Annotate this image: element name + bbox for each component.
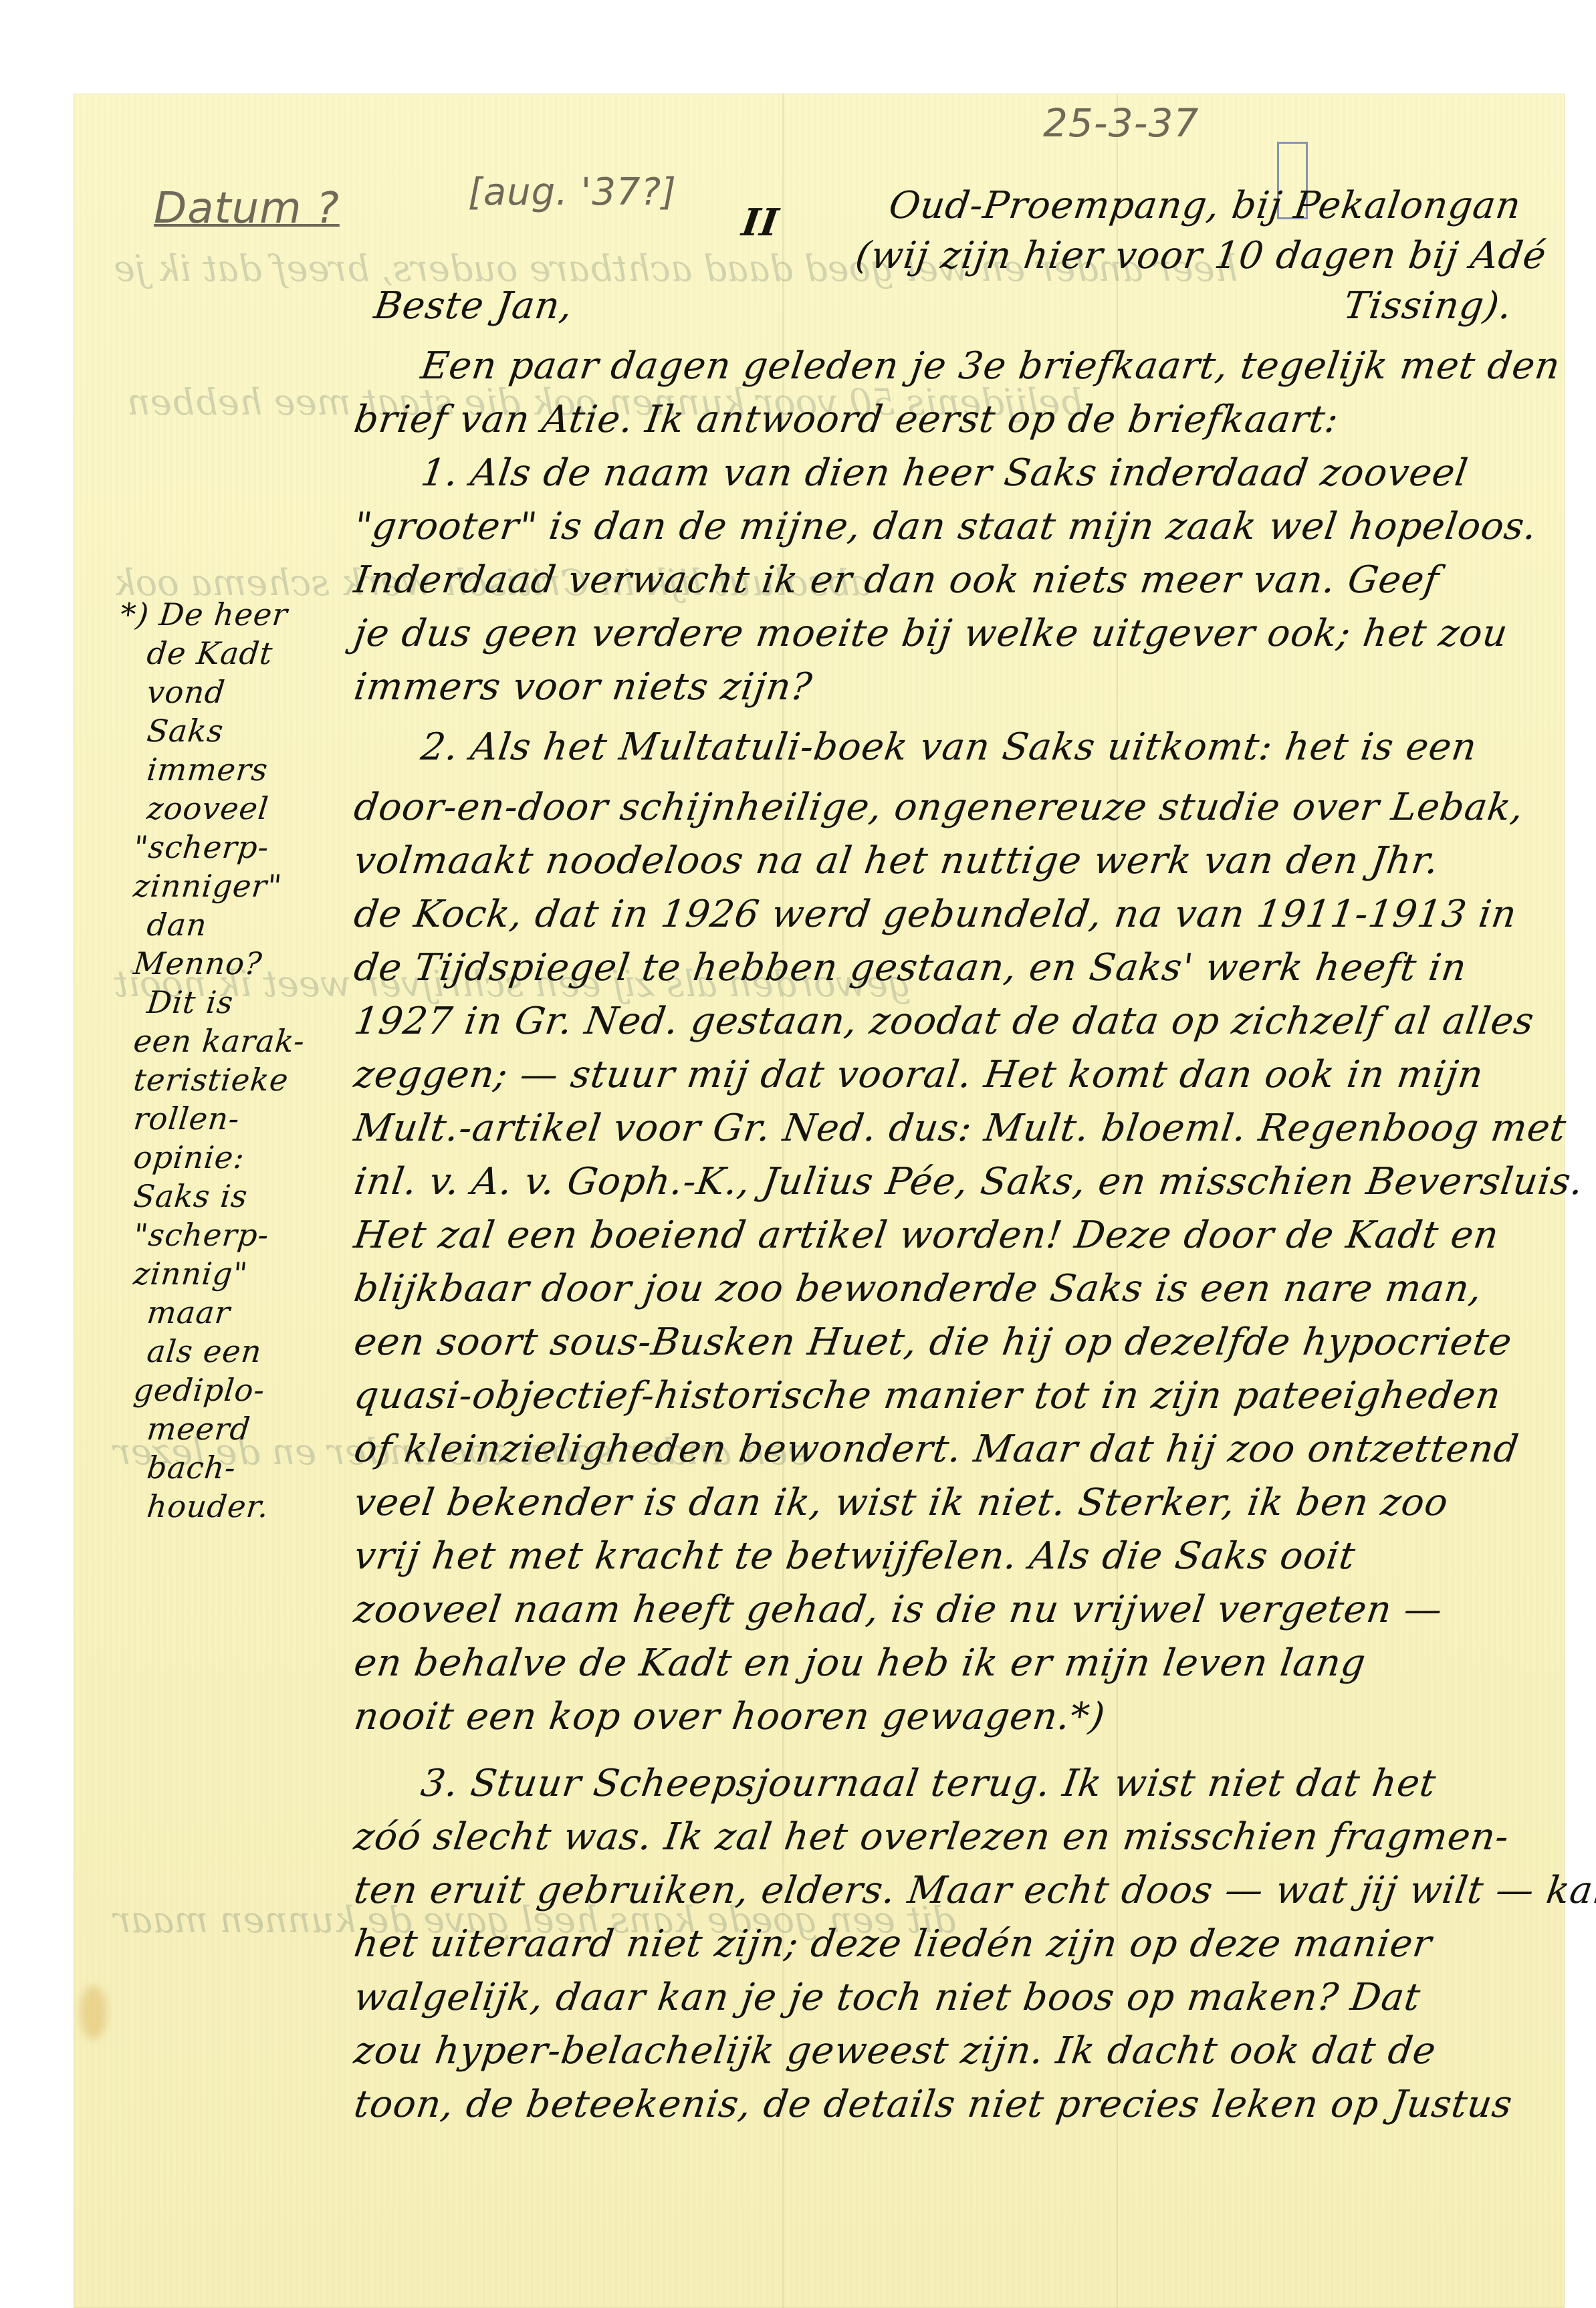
salutation: Beste Jan, <box>372 287 575 325</box>
body-line: Het zal een boeiend artikel worden! Deze… <box>352 1217 1501 1254</box>
body-line: toon, de beteekenis, de details niet pre… <box>352 2086 1515 2123</box>
bracket-date-annotation: [aug. '37?] <box>468 170 677 214</box>
body-line: ten eruit gebruiken, elders. Maar echt d… <box>352 1872 1596 1910</box>
body-line: een soort sous-Busken Huet, die hij op d… <box>352 1324 1514 1361</box>
place-line-3: Tissing). <box>1341 287 1514 325</box>
datum-annotation: Datum ? <box>154 184 340 233</box>
body-line: inl. v. A. v. Goph.-K., Julius Pée, Saks… <box>352 1163 1586 1201</box>
body-line: door-en-door schijnheilige, ongenereuze … <box>352 789 1526 826</box>
body-line: Mult.-artikel voor Gr. Ned. dus: Mult. b… <box>352 1110 1569 1147</box>
body-line: brief van Atie. Ik antwoord eerst op de … <box>352 401 1341 439</box>
archive-date-annotation: 25-3-37 <box>1043 100 1199 146</box>
page-number: II <box>739 204 781 241</box>
body-line: en behalve de Kadt en jou heb ik er mijn… <box>352 1645 1368 1682</box>
body-line: veel bekender is dan ik, wist ik niet. S… <box>352 1484 1450 1522</box>
body-line: zou hyper-belachelijk geweest zijn. Ik d… <box>352 2033 1438 2070</box>
body-line: vrij het met kracht te betwijfelen. Als … <box>352 1538 1358 1575</box>
body-line: blijkbaar door jou zoo bewonderde Saks i… <box>352 1270 1484 1308</box>
body-line: walgelijk, daar kan je je toch niet boos… <box>352 1979 1423 2016</box>
body-line: 2. Als het Multatuli-boek van Saks uitko… <box>419 729 1479 766</box>
body-line: Inderdaad verwacht ik er dan ook niets m… <box>352 562 1442 599</box>
body-line: de Kock, dat in 1926 werd gebundeld, na … <box>352 896 1519 933</box>
body-line: het uiteraard niet zijn; deze liedén zij… <box>352 1926 1434 1963</box>
body-line: of kleinzieligheden bewondert. Maar dat … <box>352 1431 1521 1468</box>
letter-page: heer ander en wel goed daad achtbare oud… <box>74 94 1565 2308</box>
body-line: 1. Als de naam van dien heer Saks inderd… <box>419 455 1470 492</box>
body-line: immers voor niets zijn? <box>352 669 814 706</box>
body-line: zeggen; — stuur mij dat vooral. Het komt… <box>352 1056 1486 1094</box>
place-line-1: Oud-Proempang, bij Pekalongan <box>887 187 1523 225</box>
body-line: zooveel naam heeft gehad, is die nu vrij… <box>352 1591 1445 1629</box>
body-line: zóó slecht was. Ik zal het overlezen en … <box>352 1819 1511 1856</box>
body-line: 3. Stuur Scheepsjournaal terug. Ik wist … <box>419 1765 1438 1803</box>
body-line: "grooter" is dan de mijne, dan staat mij… <box>352 508 1539 546</box>
body-line: nooit een kop over hooren gewagen.*) <box>352 1698 1107 1736</box>
body-line: je dus geen verdere moeite bij welke uit… <box>352 615 1510 653</box>
body-line: 1927 in Gr. Ned. gestaan, zoodat de data… <box>352 1003 1536 1040</box>
place-line-2: (wij zijn hier voor 10 dagen bij Adé <box>853 237 1549 275</box>
body-line: volmaakt noodeloos na al het nuttige wer… <box>352 842 1442 880</box>
paper-stain <box>80 1986 107 2039</box>
body-line: quasi-objectief-historische manier tot i… <box>352 1377 1503 1415</box>
body-line: de Tijdspiegel te hebben gestaan, en Sak… <box>352 949 1469 987</box>
body-line: Een paar dagen geleden je 3e briefkaart,… <box>419 348 1563 385</box>
